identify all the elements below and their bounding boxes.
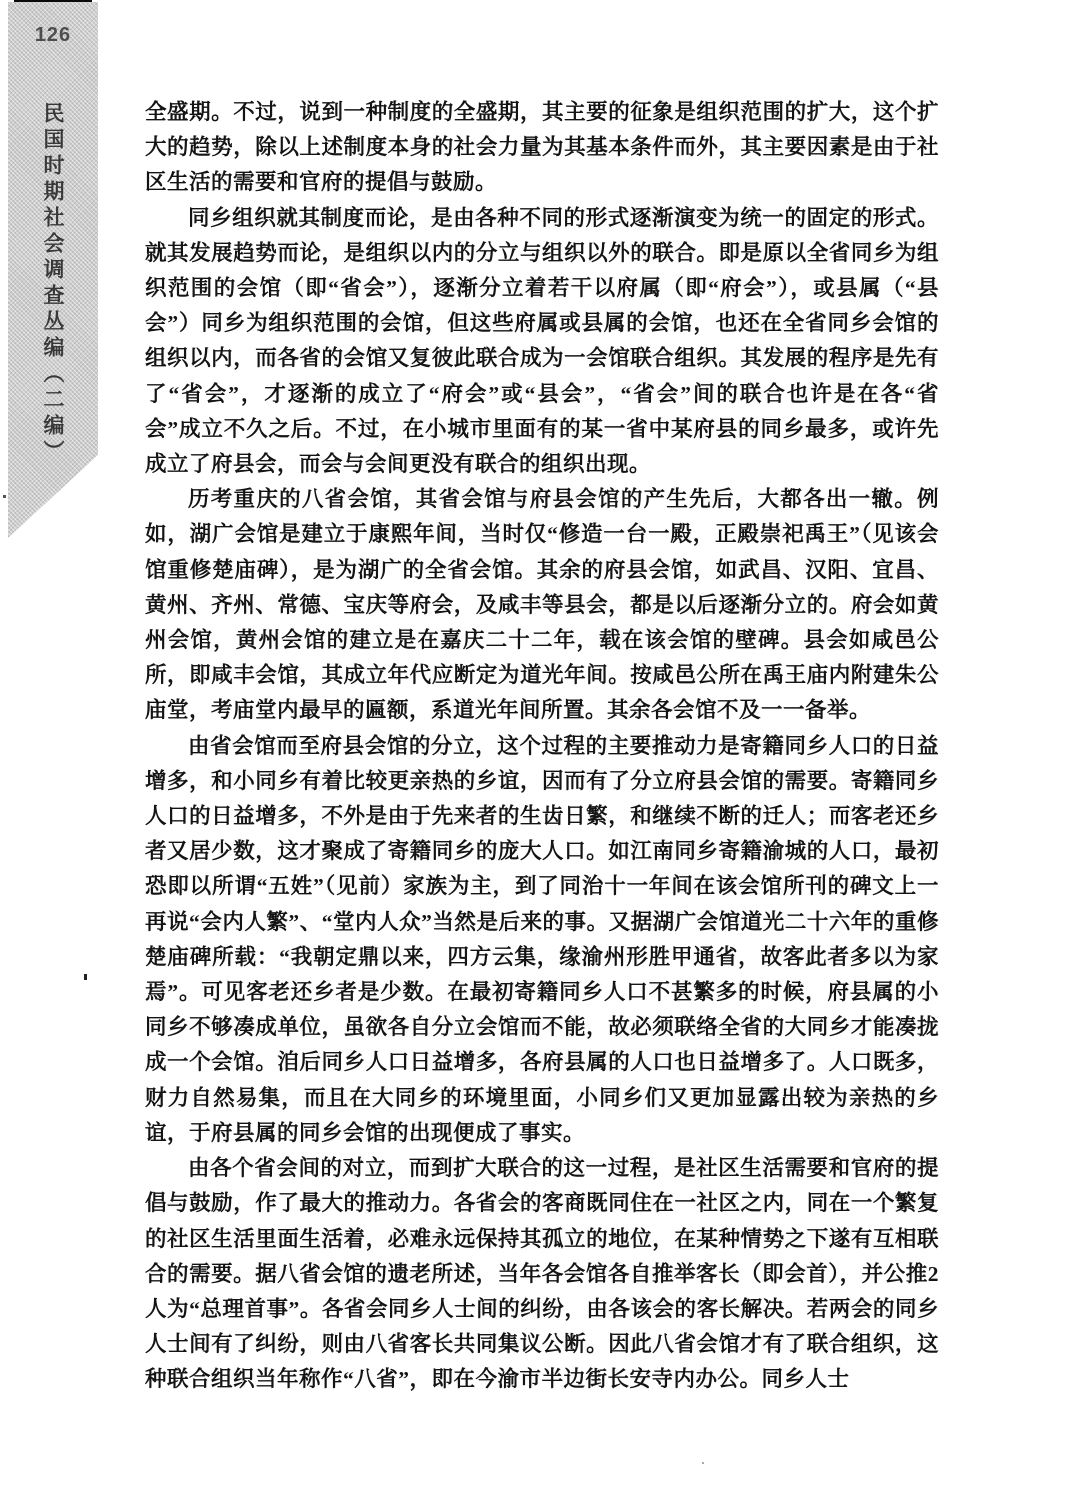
body-paragraph: 由省会馆而至府县会馆的分立，这个过程的主要推动力是寄籍同乡人口的日益增多，和小同… xyxy=(145,729,939,1151)
body-paragraph: 全盛期。不过，说到一种制度的全盛期，其主要的征象是组织范围的扩大，这个扩大的趋势… xyxy=(145,95,939,201)
scan-speck xyxy=(702,1462,704,1464)
body-paragraph: 同乡组织就其制度而论，是由各种不同的形式逐渐演变为统一的固定的形式。就其发展趋势… xyxy=(145,201,939,483)
scan-speck xyxy=(3,495,6,498)
page-number: 126 xyxy=(8,24,98,47)
body-paragraph: 历考重庆的八省会馆，其省会馆与府县会馆的产生先后，大都各出一辙。例如，湖广会馆是… xyxy=(145,482,939,728)
series-title-vertical: 民国时期社会调查丛编（二编） xyxy=(38,102,68,466)
body-text-column: 全盛期。不过，说到一种制度的全盛期，其主要的征象是组织范围的扩大，这个扩大的趋势… xyxy=(145,95,939,1398)
scan-speck xyxy=(84,974,87,980)
body-paragraph: 由各个省会间的对立，而到扩大联合的这一过程，是社区生活需要和官府的提倡与鼓励，作… xyxy=(145,1151,939,1397)
series-ribbon: 126 民国时期社会调查丛编（二编） xyxy=(8,2,98,538)
scanned-book-page: 126 民国时期社会调查丛编（二编） 全盛期。不过，说到一种制度的全盛期，其主要… xyxy=(0,0,1072,1512)
